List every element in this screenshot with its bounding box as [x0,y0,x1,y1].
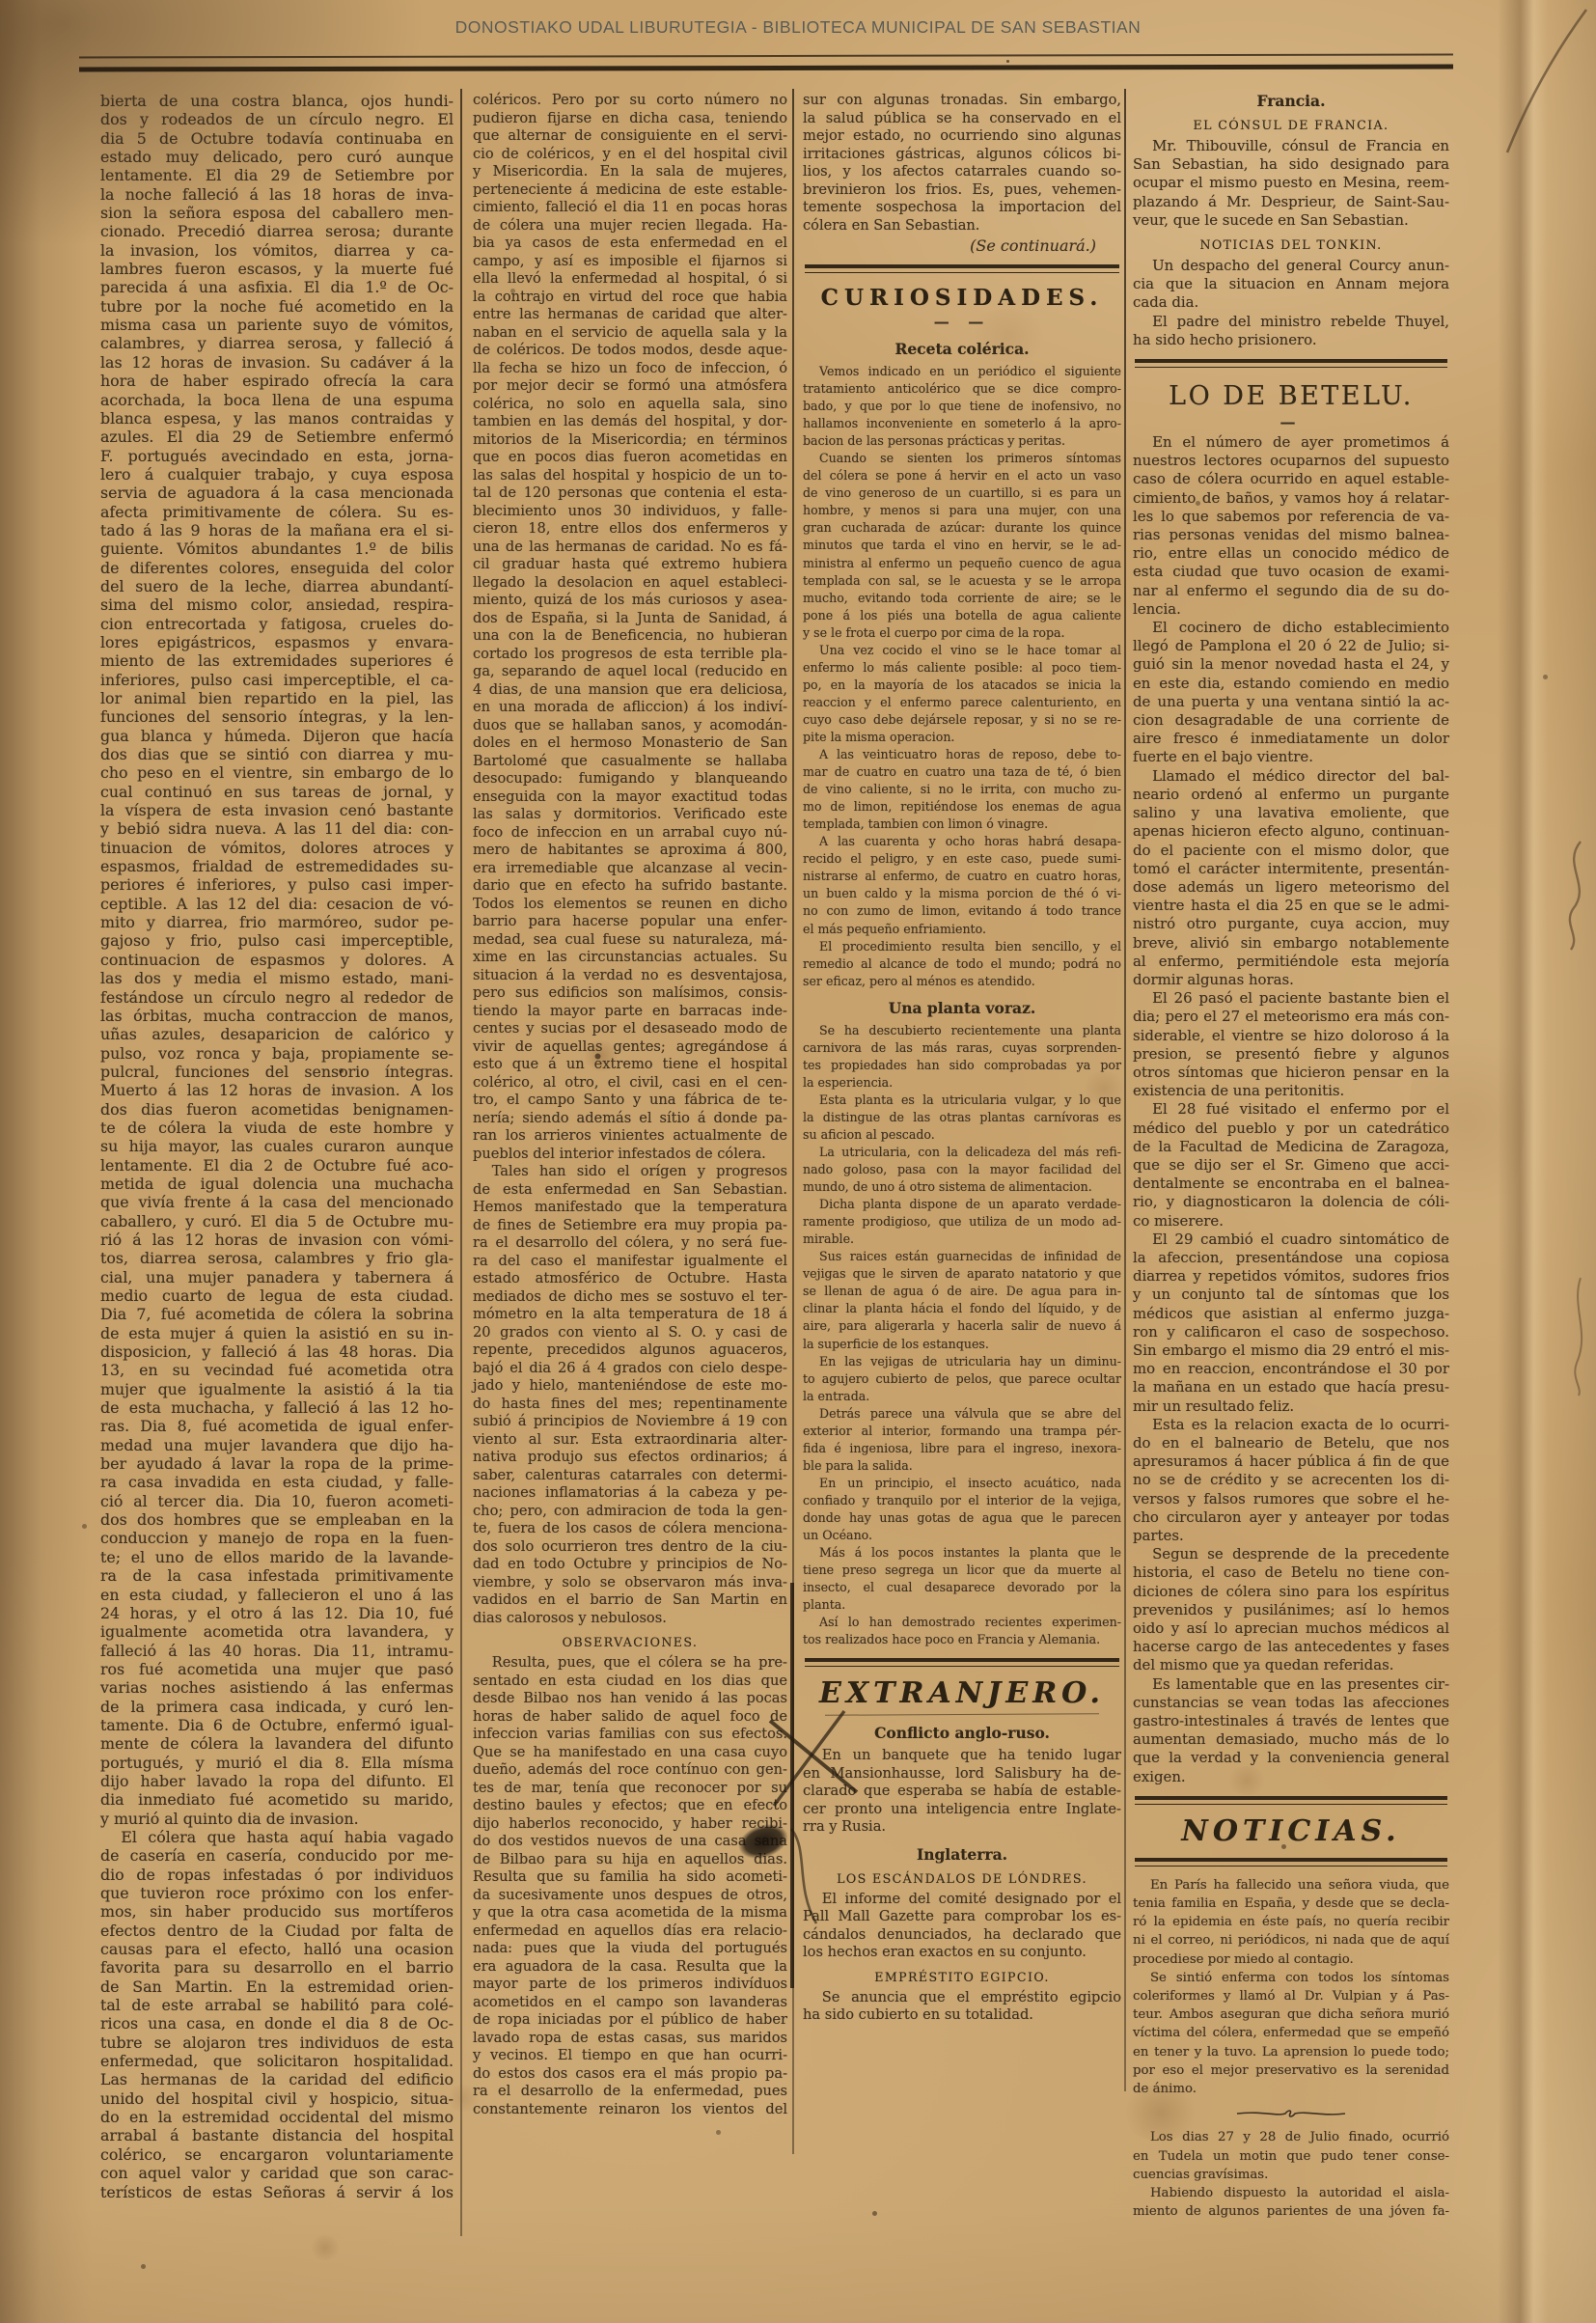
text-line: cimiento, falleció el dia 11 en pocas ho… [473,199,787,217]
text-line: la salud pública se ha conservado en el [803,110,1121,128]
text-line: planta. [803,1596,1121,1614]
text-line: enfermedad, que solicitaron hospitalidad… [100,2052,454,2070]
text-line: lambres fueron escasos, y la muerte fué [100,260,454,278]
paragraph: Cuando se sienten los primeros síntomasd… [803,450,1121,642]
text-line: ha sido cubierto en su totalidad. [803,2006,1121,2025]
text-line: lla fecha se hizo un foco de infeccion, … [473,360,787,378]
text-line: la mañana en un estado que hacía presu- [1133,1378,1449,1397]
text-line: bajó el dia 26 á 4 grados con cielo desp… [473,1360,787,1378]
text-line: era aguadora de la casa. Resulta que la [473,1958,787,1977]
text-line: ble para la salida. [803,1457,1121,1475]
dash-rule: — — [803,313,1121,331]
text-line: Se anuncia que el empréstito egipcio [803,1989,1121,2007]
text-line: rias personas venidas del mismo balnea- [1133,526,1449,544]
text-line: Vemos indicado en un periódico el siguie… [803,363,1121,380]
text-line: funciones del sensorio íntegras, y la le… [100,707,454,726]
text-line: ella llevó la enfermedad al hospital, ó … [473,270,787,289]
text-line: da sucesivamente unos despues de otros, [473,1887,787,1905]
text-line: El padre del ministro rebelde Thuyel, [1133,313,1449,331]
text-line: hallamos inconveniente en someterlo á la… [803,415,1121,432]
text-line: Que se ha manifestado en una casa cuyo [473,1744,787,1762]
text-line: ra el desarrollo de la enfermedad, pues [473,2083,787,2101]
text-line: misma casa un pariente suyo de vómitos, [100,316,454,334]
text-line: lios, y los afectos catarrales cuando so… [803,163,1121,181]
top-rule-thick [79,65,1453,72]
text-line: enfermo lo más caliente posible: al poco… [803,659,1121,677]
text-line: partes. [1133,1527,1449,1545]
text-line: igualmente acometida otra lavandera, y [100,1622,454,1641]
text-line: templada con sal, se le acuesta y se le … [803,572,1121,590]
text-line: Segun se desprende de la precedente [1133,1545,1449,1563]
text-line: Bartolomé que casualmente se hallaba [473,753,787,771]
text-line: dentalmente se encontraba en el balnea- [1133,1175,1449,1193]
text-line: medad una mujer lavandera que dijo ha- [100,1436,454,1454]
text-line: lentamente. El dia 2 de Octubre fué aco- [100,1156,454,1175]
text-line: tomó el carácter intermitente, presentán… [1133,860,1449,878]
text-line: pite la misma operacion. [803,729,1121,746]
text-line: ni el correo, ni periódicos, ni nada que… [1133,1931,1449,1950]
text-line: ga, separando de aquel local (reducido e… [473,663,787,681]
text-line: perteneciente á medicina de este estable… [473,181,787,200]
paragraph: En el número de ayer prometimos ánuestro… [1133,433,1449,619]
text-line: lero á cualquier trabajo, y cuya esposa [100,465,454,484]
text-line: dos solo ocurrieron tres dentro de la ci… [473,1538,787,1557]
text-line: coléricos. Pero por su corto número no [473,92,787,110]
text-line: ró la epidemia en éste país, no quería r… [1133,1913,1449,1931]
paragraph: Tales han sido el orígen y progresosde e… [473,1163,787,1627]
text-line: de vino generoso de un cuartillo, si es … [803,484,1121,502]
text-line: aumentan demasiado, mucho más de lo [1133,1730,1449,1749]
text-line: y se le frota el cuerpo por cima de la r… [803,624,1121,642]
text-line: Habiendo dispuesto la autoridad el aisla… [1133,2184,1449,2202]
text-line: apresuramos á hacer pública á fin de que [1133,1452,1449,1471]
text-line: te; el uno de ellos marido de la lavande… [100,1548,454,1566]
text-line: tiendo la mayor parte en barracas inde- [473,1003,787,1021]
text-line: ra el desarrollo del cólera, y no será f… [473,1234,787,1253]
text-line: que la verdad y la conveniencia general [1133,1749,1449,1767]
paper-stain [965,309,1052,362]
text-line: y que la otra casa acometida de la misma [473,1904,787,1922]
text-line: sentado en esta ciudad en los dias que [473,1673,787,1691]
text-line: dijo haber lavado la ropa del difunto. E… [100,1772,454,1790]
text-line: un buen caldo y la misma porcion de thé … [803,885,1121,902]
text-line: ser eficaz, pero al ménos es atendido. [803,973,1121,990]
text-line: presion, se presentó fiebre y algunos [1133,1045,1449,1064]
text-line: mito y diarrea, frio marmóreo, sudor pe- [100,913,454,931]
text-line: dio de ropas infestadas ó por individuos [100,1866,454,1884]
text-line: doles en el hermoso Monasterio de San [473,734,787,753]
column-1: bierta de una costra blanca, ojos hundi-… [100,92,454,2201]
paper-stain [309,2235,342,2260]
text-line: mujer que igualmente la asistió á la tia [100,1380,454,1398]
text-line: azules. El dia 29 de Setiembre enfermó [100,428,454,446]
text-line: estado atmosférico de Octubre. Hasta [473,1270,787,1288]
text-line: historia, el caso de Betelu no tiene con… [1133,1563,1449,1582]
text-line: xime en las circunstancias actuales. Su [473,949,787,967]
text-line: cho; pero, con admiracion de toda la gen… [473,1503,787,1521]
text-line: co miserere. [1133,1212,1449,1231]
margin-squiggle-icon [1557,838,1596,954]
text-line: su hija mayor, las cuales curaron aunque [100,1137,454,1155]
text-line: cho peso en el vientre, sin embargo de l… [100,763,454,782]
text-line: las salas del hospital y hospicio de un … [473,467,787,485]
text-line: A las cuarenta y ocho horas habrá desapa… [803,833,1121,850]
text-line: dias calorosos y nebulosos. [473,1610,787,1628]
text-line: do en el balneario de Betelu, que nos [1133,1434,1449,1452]
section-divider-rule [1135,359,1447,368]
text-line: continuacion de espasmos y dolores. A [100,951,454,969]
text-line: saber, calenturas catarrales con determi… [473,1467,787,1485]
text-line: víctima del cólera, enfermedad que se em… [1133,2024,1449,2042]
text-line: era irremediable que alcanzase al vecin- [473,860,787,878]
text-line: sion la señora esposa del caballero men- [100,204,454,222]
text-line: En un principio, el insecto acuático, na… [803,1475,1121,1492]
paragraph: Esta planta es la utricularia vulgar, y … [803,1092,1121,1144]
heading-consul: EL CÓNSUL DE FRANCIA. [1133,118,1449,132]
text-line: la contrajo en virtud del roce que habia [473,289,787,307]
newspaper-page: DONOSTIAKO UDAL LIBURUTEGIA - BIBLIOTECA… [0,0,1596,2323]
paragraph: Resulta, pues, que el cólera se ha pre-s… [473,1654,787,2118]
text-line: con aquel valor y caridad que son carac- [100,2164,454,2182]
text-line: rio, y diagnosticaron la dolencia de cól… [1133,1193,1449,1211]
text-line: no con zumo de limon, evitando á todo tr… [803,902,1121,920]
text-line: la víspera de esta invasion cenó bastant… [100,801,454,819]
paragraph: Una vez cocido el vino se le hace tomar … [803,642,1121,746]
text-line: infeccion varias familias con sus efecto… [473,1726,787,1744]
text-line: fuerte en el bajo vientre. [1133,748,1449,766]
text-line: cólera en San Sebastian. [803,217,1121,235]
text-line: tos realizados hace poco en Francia y Al… [803,1631,1121,1648]
paragraph: El padre del ministro rebelde Thuyel,ha … [1133,313,1449,349]
text-line: tubre se alojaron tres individuos de est… [100,2033,454,2052]
text-line: desocupado: fumigando y blanqueando [473,770,787,788]
text-line: de esta muchacha, y falleció á las 12 ho… [100,1398,454,1417]
text-line: del mismo que ya quedan referidas. [1133,1656,1449,1674]
paragraph: A las veinticuatro horas de reposo, debe… [803,746,1121,833]
text-line: confiado y tranquilo por el interior de … [803,1492,1121,1509]
text-line: mayor parte de los primeros indivíduos [473,1976,787,1994]
section-divider-rule [805,1658,1119,1667]
text-line: cho circularon ayer y anteayer por todas [1133,1508,1449,1527]
text-line: prevenidos y pusilánimes; así lo hemos [1133,1601,1449,1619]
column-rule-1 [460,89,462,2236]
text-line: las órbitas, mucha contraccion de manos, [100,1007,454,1025]
text-line: tos, diarrea serosa, calambres y frio gl… [100,1249,454,1267]
section-divider-rule [805,264,1119,273]
text-line: festándose un círculo negro al rededor d… [100,988,454,1007]
text-line: rió á las 12 horas de invasion con vómi- [100,1231,454,1249]
section-heading-curiosidades: CURIOSIDADES. [803,285,1121,311]
text-line: médicos que asistian al enfermo juzga- [1133,1305,1449,1323]
text-line: diarrea y repetidos vómitos, sudores fri… [1133,1267,1449,1286]
text-line: pone á los piés una botella de agua cali… [803,607,1121,624]
text-line: vientre hasta el dia 25 en que se le adm… [1133,897,1449,915]
text-line: ros fué acometida una mujer que pasó [100,1660,454,1678]
text-line: cada dia. [1133,293,1449,312]
text-line: se llenan de agua ó de aire. De agua par… [803,1283,1121,1300]
text-line: acometidos en el campo son lavanderas [473,1994,787,2012]
text-line: caballero, y curó. El dia 5 de Octubre m… [100,1212,454,1231]
text-line: dueño, además del roce contínuo con gen- [473,1761,787,1780]
text-line: campo, y así es imposible el fijarnos si [473,253,787,271]
article-heading-receta: Receta colérica. [803,340,1121,358]
text-line: do en la estremidad occidental del mismo [100,2108,454,2126]
text-line: bado, y que por lo que tiene de inofensi… [803,398,1121,415]
text-line: en esta ciudad, y fallecieron el uno á l… [100,1586,454,1604]
column-2: coléricos. Pero por su corto número nopu… [473,92,787,2118]
text-line: exterior al interior, formando una tramp… [803,1423,1121,1440]
paragraph: El cocinero de dicho establecimientolleg… [1133,619,1449,767]
text-line: brevinieron los frios. Es, pues, vehemen… [803,181,1121,200]
text-line: portugués, y murió el dia 8. Ella mísma [100,1754,454,1772]
text-line: la noche falleció á las 18 horas de inva… [100,185,454,204]
text-line: Llamado el médico director del bal- [1133,767,1449,786]
text-line: que en pocos dias fueron acometidas en [473,449,787,467]
text-line: te de cólera la viuda de este hombre y [100,1119,454,1137]
text-line: cio de coléricos, y en el del hospital c… [473,146,787,164]
text-line: tambien en las demás del hospital, y dor… [473,413,787,431]
text-line: su aficion al pescado. [803,1126,1121,1144]
text-line: de fines de Setiembre era muy propia pa- [473,1217,787,1235]
paragraph: Se ha descubierto recientemente una plan… [803,1022,1121,1092]
heading-tonkin: NOTICIAS DEL TONKIN. [1133,237,1449,252]
text-line: procediese por miedo al contagio. [1133,1950,1449,1969]
text-line: F. portugués avecindado en esta, jorna- [100,447,454,465]
text-line: sur con algunas tronadas. Sin embargo, [803,92,1121,110]
text-line: 13, en su vecindad fué acometida otra [100,1361,454,1379]
text-line: 20 grados con viento al S. O. y casi de [473,1324,787,1342]
text-line: por mejor decir se formó una atmósfera [473,377,787,396]
text-line: horas de haber salido de aquel foco de [473,1708,787,1727]
continuation-note: (Se continuará.) [803,236,1121,255]
text-line: las dos y media el mismo estado, mani- [100,969,454,987]
text-line: lavado ropa de estas casas, sus maridos [473,2030,787,2048]
text-line: al enfermo, permitiéndole esta mejoría [1133,953,1449,971]
text-line: En el número de ayer prometimos á [1133,433,1449,452]
text-line: El cólera que hasta aquí habia vagado [100,1828,454,1846]
text-line: Un despacho del general Courcy anun- [1133,257,1449,275]
text-line: ber ayudado á lavar la ropa de la prime- [100,1454,454,1473]
text-line: versos y falsos rumores que sobre el he- [1133,1490,1449,1508]
text-line: mómetro en la alta temperatura de 18 á [473,1306,787,1324]
text-line: de vino caliente, si no le irrita, con m… [803,781,1121,798]
text-line: Resulta, pues, que el cólera se ha pre- [473,1654,787,1673]
text-line: metida de igual dolencia una muchacha [100,1175,454,1193]
text-line: 24 horas, y el otro á las 12. Dia 10, fu… [100,1604,454,1622]
text-line: El cocinero de dicho establecimiento [1133,619,1449,637]
paper-stain [1081,1071,1127,1106]
paragraph: Un despacho del general Courcy anun-cia … [1133,257,1449,313]
text-line: naciones inflamatorias á la cabeza y pe- [473,1484,787,1503]
text-line: salino y una lavativa emoliente, que [1133,804,1449,822]
paragraph: En las vejigas de utricularia hay un dim… [803,1353,1121,1405]
heading-observaciones: OBSERVACIONES. [473,1635,787,1649]
text-line: medio cuarto de legua de esta ciudad. [100,1286,454,1305]
text-line: viembre, y solo se observaron más inva- [473,1574,787,1592]
text-line: tado á las 9 horas de la mañana era el s… [100,521,454,539]
paragraph: El cólera que hasta aquí habia vagadode … [100,1828,454,2201]
text-line: tinuacion de vómitos, dolores atroces y [100,839,454,857]
text-line: Las hermanas de la caridad del edificio [100,2070,454,2088]
text-line: de una puerta y una ventana sintió la ac… [1133,693,1449,711]
text-line: tes propiedades han sido comprobadas ya … [803,1057,1121,1074]
text-line: blanca espesa, y las manos contraidas y [100,409,454,428]
text-line: ha sido hecho prisionero. [1133,331,1449,349]
text-line: tubre por la noche fué acometido en la [100,297,454,316]
text-line: estado muy delicado, pero curó aunque [100,148,454,166]
text-line: pulcral, funciones del sensorio íntegras… [100,1063,454,1081]
text-line: diciones de cólera sino para los espírit… [1133,1583,1449,1601]
text-line: vivir de aquellas gentes; agregándose á [473,1038,787,1057]
text-line: dad en todo Octubre y principios de No- [473,1556,787,1574]
text-line: En las vejigas de utricularia hay un dim… [803,1353,1121,1370]
text-line: de casería en casería, conducido por me- [100,1846,454,1865]
section-heading-noticias: NOTICIAS. [1133,1814,1449,1848]
paragraph: Detrás parece una válvula que se abre de… [803,1405,1121,1475]
text-line: foco de infeccion en un arrabal cuyo nú- [473,824,787,843]
text-line: tes de mar, tenía que reconocer por su [473,1780,787,1798]
text-line: Así lo han demostrado recientes experime… [803,1614,1121,1631]
text-line: lentamente. El dia 29 de Setiembre por [100,166,454,184]
text-line: en este dia, estando comiendo en medio [1133,675,1449,693]
text-line: Cuando se sienten los primeros síntomas [803,450,1121,467]
text-line: Resulta que su familia ha sido acometi- [473,1868,787,1887]
text-line: esto que á un extremo tiene el hospital [473,1056,787,1074]
paragraph: Así lo han demostrado recientes experime… [803,1614,1121,1648]
text-line: nería; siendo además el sítio á donde pa… [473,1110,787,1128]
text-line: dos dos hombres que se empleaban en la [100,1510,454,1529]
paragraph: En un principio, el insecto acuático, na… [803,1475,1121,1544]
text-line: hacerse cargo de las antecedentes y fase… [1133,1638,1449,1656]
heading-emprestito: EMPRÉSTITO EGIPCIO. [803,1970,1121,1984]
text-line: mejor estado, no ocurriendo sino algunas [803,127,1121,146]
paragraph: El 29 cambió el cuadro sintomático dela … [1133,1231,1449,1416]
text-line: barrio para hacerse popular una enfer- [473,913,787,931]
text-line: acorchada, la boca llena de una espuma [100,391,454,409]
text-line: dia 5 de Octubre todavía continuaba en [100,129,454,148]
text-line: gajoso y frio, pulso casi imperceptible, [100,931,454,950]
text-line: arrabal á bastante distancia del hospita… [100,2126,454,2144]
text-line: no se de crédito y se acrecenten los di- [1133,1471,1449,1489]
paragraph: Se sintió enferma con todos los síntomas… [1133,1969,1449,2098]
text-line: falleció á las 40 horas. Dia 11, intramu… [100,1642,454,1660]
text-line: reaccion y el enfermo parece calenturien… [803,694,1121,711]
text-line: tro, el campo Santo y una fábrica de te- [473,1092,787,1110]
text-line: bierta de una costra blanca, ojos hundi- [100,92,454,110]
text-line: y un conjunto tal de síntomas que los [1133,1286,1449,1304]
text-line: la esperiencia. [803,1074,1121,1092]
text-line: nistró otro purgante, cuya accion, muy [1133,915,1449,933]
text-line: conduccion y manejo de ropa en la fuen- [100,1529,454,1547]
text-line: insecto, el cual desaparece devorado por… [803,1579,1121,1596]
text-line: El procedimiento resulta bien sencillo, … [803,938,1121,955]
text-line: hora de haber espirado ofrecía la cara [100,372,454,390]
text-line: caso de cólera ocurrido en aquel estable… [1133,470,1449,488]
text-line: cion desagradable de una corriente de [1133,711,1449,730]
text-line: la afeccion, presentándose una copiosa [1133,1249,1449,1267]
text-line: ricos una casa, en donde el dia 8 de Oc- [100,2014,454,2033]
paper-stain [444,2085,482,2112]
text-line: en una morada de afliccion) á los indiví… [473,699,787,717]
text-line: medad, sea cual fuese su naturaleza, má- [473,931,787,950]
text-line: que se dijo ser el Sr. Gimeno que acci- [1133,1156,1449,1175]
column-4: Francia.EL CÓNSUL DE FRANCIA.Mr. Thibouv… [1133,92,1449,2221]
text-line: do hasta fines del mes; repentinamente [473,1396,787,1414]
text-line: lor animal bien repartido en la piel, la… [100,689,454,707]
text-line: Detrás parece una válvula que se abre de… [803,1405,1121,1423]
text-line: apenas hicieron efecto alguno, continuan… [1133,822,1449,841]
text-line: de la primera casa indicada, y curó len- [100,1698,454,1716]
text-line: desde Bilbao nos han venido á las pocas [473,1690,787,1708]
text-line: A las veinticuatro horas de reposo, debe… [803,746,1121,763]
text-line: te, fuera de los casos de cólera mencion… [473,1520,787,1538]
margin-pen-stroke-icon [1498,6,1594,160]
text-line: neario ordenó al enfermo un purgante [1133,786,1449,804]
text-line: Sus raices están guarnecidas de infinida… [803,1248,1121,1265]
text-line: teur. Ambos aseguran que dicha señora mu… [1133,2005,1449,2024]
text-line: tratamiento anticolérico que se dice com… [803,380,1121,398]
text-line: por eso el mejor preservativo es la sere… [1133,2061,1449,2080]
text-line: parecida á una asfixia. El dia 1.º de Oc… [100,278,454,296]
text-line: ramente prodigioso, que utiliza de un mo… [803,1213,1121,1231]
text-line: 4 dias, de una mansion que era deliciosa… [473,681,787,700]
paragraph: Es lamentable que en las presentes cir-c… [1133,1675,1449,1786]
text-line: una de las hermanas de caridad. No es fá… [473,539,787,557]
text-line: Una vez cocido el vino se le hace tomar … [803,642,1121,659]
text-line: Dicha planta dispone de un aparato verda… [803,1196,1121,1213]
text-line: plazando á Mr. Desprieur, de Saint-Sau- [1133,193,1449,211]
paragraph: Sus raices están guarnecidas de infinida… [803,1248,1121,1352]
text-line: remedio al alcance de todo el mundo; pod… [803,955,1121,973]
text-line: la distingue de las otras plantas carnív… [803,1109,1121,1126]
text-line: bacion de las personas prácticas y perit… [803,432,1121,450]
text-line: y vecinos. El tiempo en que han ocurri- [473,2047,787,2065]
text-line: disposicion, y falleció á las 48 horas. … [100,1342,454,1361]
text-line: temente sospechosa la importacion del [803,199,1121,217]
text-line: Sin embargo el mismo dia 29 entró el mis… [1133,1341,1449,1360]
text-line: nativa produjo sus efectos ordinarios; á [473,1449,787,1467]
text-line: Se sintió enferma con todos los síntomas [1133,1969,1449,1987]
text-line: un Océano. [803,1527,1121,1544]
paragraph: sur con algunas tronadas. Sin embargo,la… [803,92,1121,235]
text-line: colérico, al otro, el civil, casi en el … [473,1074,787,1092]
text-line: mo de limon, repitiéndose los enemas de … [803,798,1121,816]
text-line: duos que se hallaban sanos, y acomodán- [473,717,787,735]
paragraph: Habiendo dispuesto la autoridad el aisla… [1133,2184,1449,2221]
paragraph: A las cuarenta y ocho horas habrá desapa… [803,833,1121,937]
text-line: do el paciente con el mismo dolor, que [1133,842,1449,860]
text-line: dario que en efecto ha sufrido bastante. [473,877,787,896]
margin-mark-icon [1563,1274,1596,1399]
ink-specks [1006,60,1009,63]
text-line: mar de cuatro en cuatro una taza de té, … [803,763,1121,781]
text-line: mitorios de la Misericordia; en términos [473,431,787,450]
text-line: to agujero cubierto de pelos, que parece… [803,1370,1121,1388]
text-line: cuencias gravísimas. [1133,2166,1449,2184]
text-line: cieron 18, entre ellos dos enfermeros y [473,520,787,539]
noticias-top-rule [1135,1796,1447,1805]
text-line: tenia familia en España, y desde que se … [1133,1894,1449,1913]
text-line: servia de aguadora á la casa mencionada [100,484,454,502]
paragraph: Esta es la relacion exacta de lo ocurri-… [1133,1416,1449,1545]
text-line: pero sus edificios son malísimos, consis… [473,984,787,1003]
text-line: destino baules y efectos; que en efecto [473,1797,787,1815]
text-line: les lo que sabemos por referencia de va- [1133,508,1449,526]
text-line: mente de cólera la lavandera del difunto [100,1734,454,1753]
text-line: de ropa iniciadas por el público de habe… [473,2011,787,2030]
top-rule-thin [79,54,1453,59]
text-line: la superficie de los estanques. [803,1336,1121,1353]
